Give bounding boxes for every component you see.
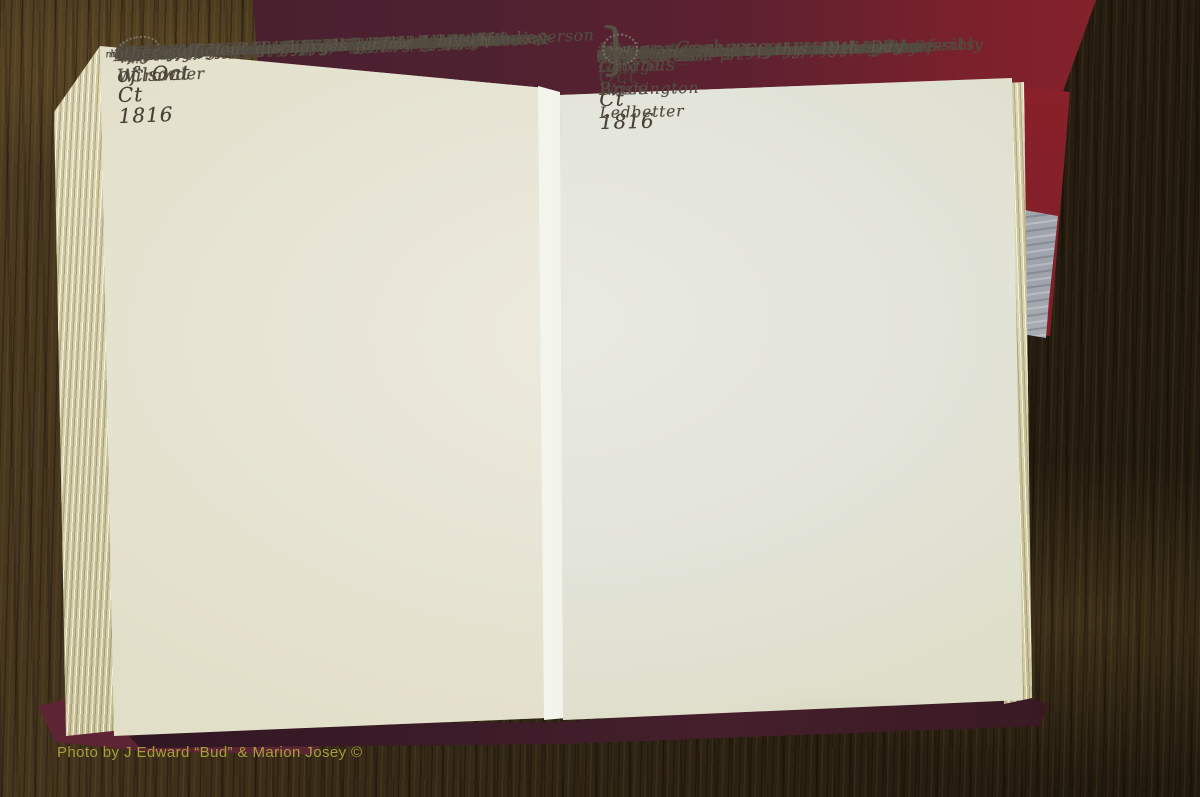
- witness-name: George Washington Ledbetter: [598, 54, 700, 125]
- left-page-text: 50 Records of Oct Ct 1816 Agnes Pauley h…: [116, 28, 571, 739]
- right-page-text: 51. Records of Oct Ct 1816 and In my nam…: [598, 33, 1013, 602]
- photo-of-record-book: 50 Records of Oct Ct 1816 Agnes Pauley h…: [0, 0, 1200, 797]
- photographer-watermark: Photo by J Edward “Bud” & Marion Josey ©: [57, 744, 363, 761]
